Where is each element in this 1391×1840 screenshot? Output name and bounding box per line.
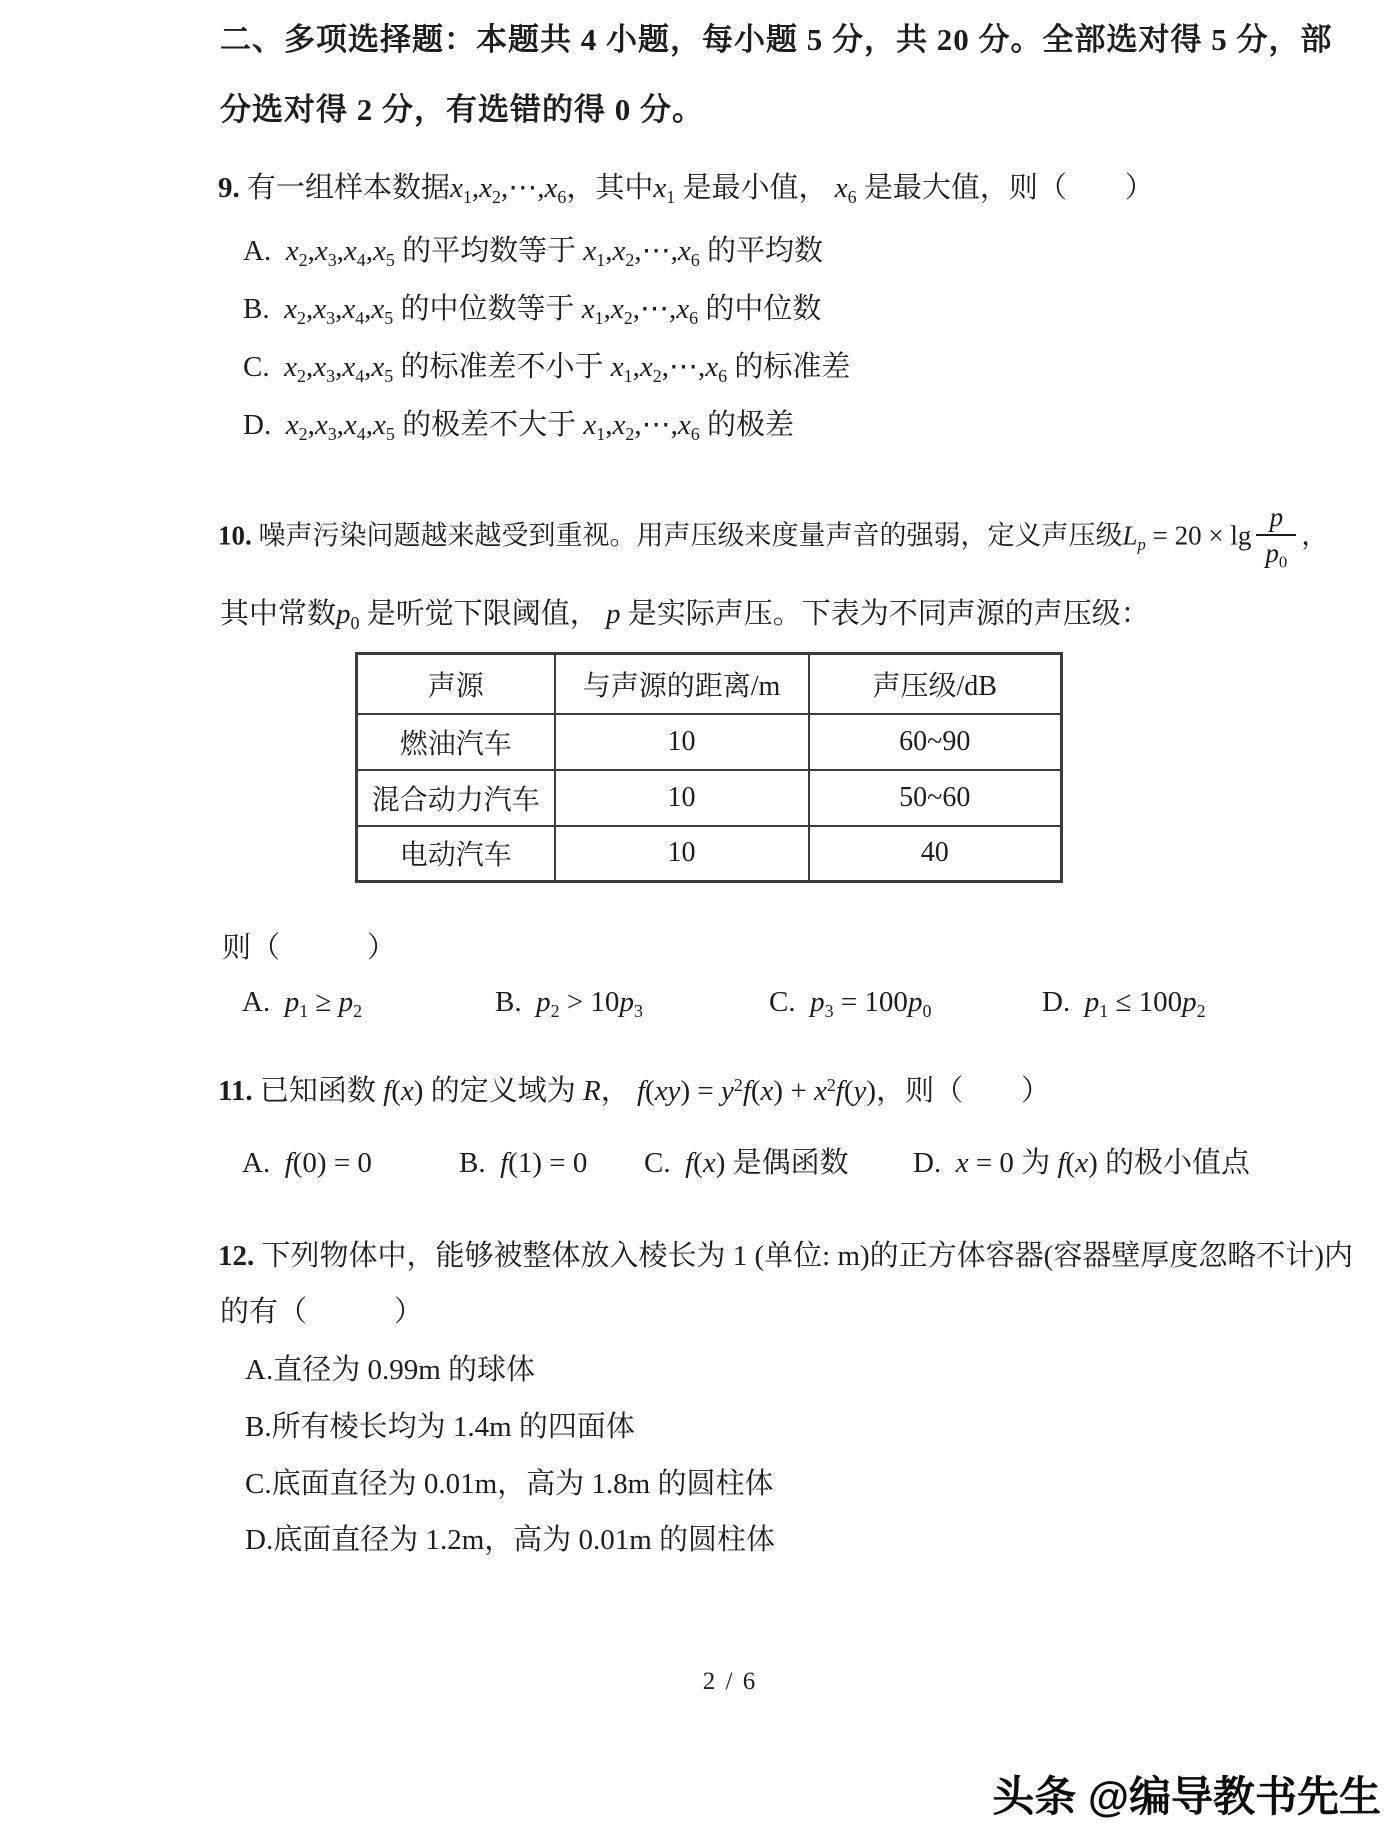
question-12-option-b: B.所有棱长均为 1.4m 的四面体 [245,1409,635,1447]
question-10-stem: 10. 噪声污染问题越来越受到重视。用声压级来度量声音的强弱，定义声压级Lp =… [218,506,1328,571]
question-11-option-b: B. f(1) = 0 [459,1145,587,1183]
question-12-option-a: A.直径为 0.99m 的球体 [245,1352,535,1390]
table-cell: 燃油汽车 [357,714,555,770]
sound-pressure-table: 声源 与声源的距离/m 声压级/dB 燃油汽车 10 60~90 混合动力汽车 … [355,652,1063,883]
question-10-option-b: B. p2 > 10p3 [495,984,643,1022]
page-number: 2 / 6 [703,1668,757,1696]
question-10-stem-line2: 其中常数p0 是听觉下限阈值， p 是实际声压。下表为不同声源的声压级： [220,596,1150,634]
question-12-stem-line2: 的有（ ） [220,1294,423,1332]
table-cell: 60~90 [809,714,1062,770]
table-header-distance: 与声源的距离/m [555,654,809,714]
question-10-then: 则（ ） [222,930,396,968]
table-header-source: 声源 [357,654,555,714]
watermark: 头条 @编导教书先生 [992,1764,1381,1824]
table-row-hybrid-car: 混合动力汽车 10 50~60 [357,770,1062,826]
question-12-option-d: D.底面直径为 1.2m，高为 0.01m 的圆柱体 [245,1522,775,1560]
question-12-option-c: C.底面直径为 0.01m，高为 1.8m 的圆柱体 [245,1466,773,1504]
question-11-option-a: A. f(0) = 0 [242,1145,372,1183]
table-cell: 10 [555,770,809,826]
table-cell: 40 [809,826,1062,882]
question-9-option-b: B. x2,x3,x4,x5 的中位数等于 x1,x2,⋯,x6 的中位数 [243,291,821,329]
question-9-stem: 9. 有一组样本数据x1,x2,⋯,x6，其中x1 是最小值， x6 是最大值，… [218,170,1154,208]
exam-page: 二、多项选择题：本题共 4 小题，每小题 5 分，共 20 分。全部选对得 5 … [0,0,1391,1840]
table-cell: 10 [555,826,809,882]
question-10-option-d: D. p1 ≤ 100p2 [1042,984,1206,1022]
question-9-option-a: A. x2,x3,x4,x5 的平均数等于 x1,x2,⋯,x6 的平均数 [243,233,823,271]
table-row-electric-car: 电动汽车 10 40 [357,826,1062,882]
question-9-option-c: C. x2,x3,x4,x5 的标准差不小于 x1,x2,⋯,x6 的标准差 [243,349,850,387]
table-header-row: 声源 与声源的距离/m 声压级/dB [357,654,1062,714]
table-cell: 混合动力汽车 [357,770,555,826]
question-10-option-c: C. p3 = 100p0 [769,984,931,1022]
section-header-line1: 二、多项选择题：本题共 4 小题，每小题 5 分，共 20 分。全部选对得 5 … [220,20,1333,60]
question-11-stem: 11. 已知函数 f(x) 的定义域为 R， f(xy) = y2f(x) + … [218,1073,1050,1111]
table-cell: 电动汽车 [357,826,555,882]
section-header-line2: 分选对得 2 分，有选错的得 0 分。 [220,90,704,130]
table-row-fuel-car: 燃油汽车 10 60~90 [357,714,1062,770]
question-11-option-c: C. f(x) 是偶函数 [644,1145,849,1183]
question-11-option-d: D. x = 0 为 f(x) 的极小值点 [913,1145,1250,1183]
question-12-stem-line1: 12. 下列物体中，能够被整体放入棱长为 1 (单位: m)的正方体容器(容器壁… [218,1238,1353,1276]
table-header-level: 声压级/dB [809,654,1062,714]
table-cell: 10 [555,714,809,770]
table-cell: 50~60 [809,770,1062,826]
question-9-option-d: D. x2,x3,x4,x5 的极差不大于 x1,x2,⋯,x6 的极差 [243,407,794,445]
question-10-option-a: A. p1 ≥ p2 [242,984,362,1022]
